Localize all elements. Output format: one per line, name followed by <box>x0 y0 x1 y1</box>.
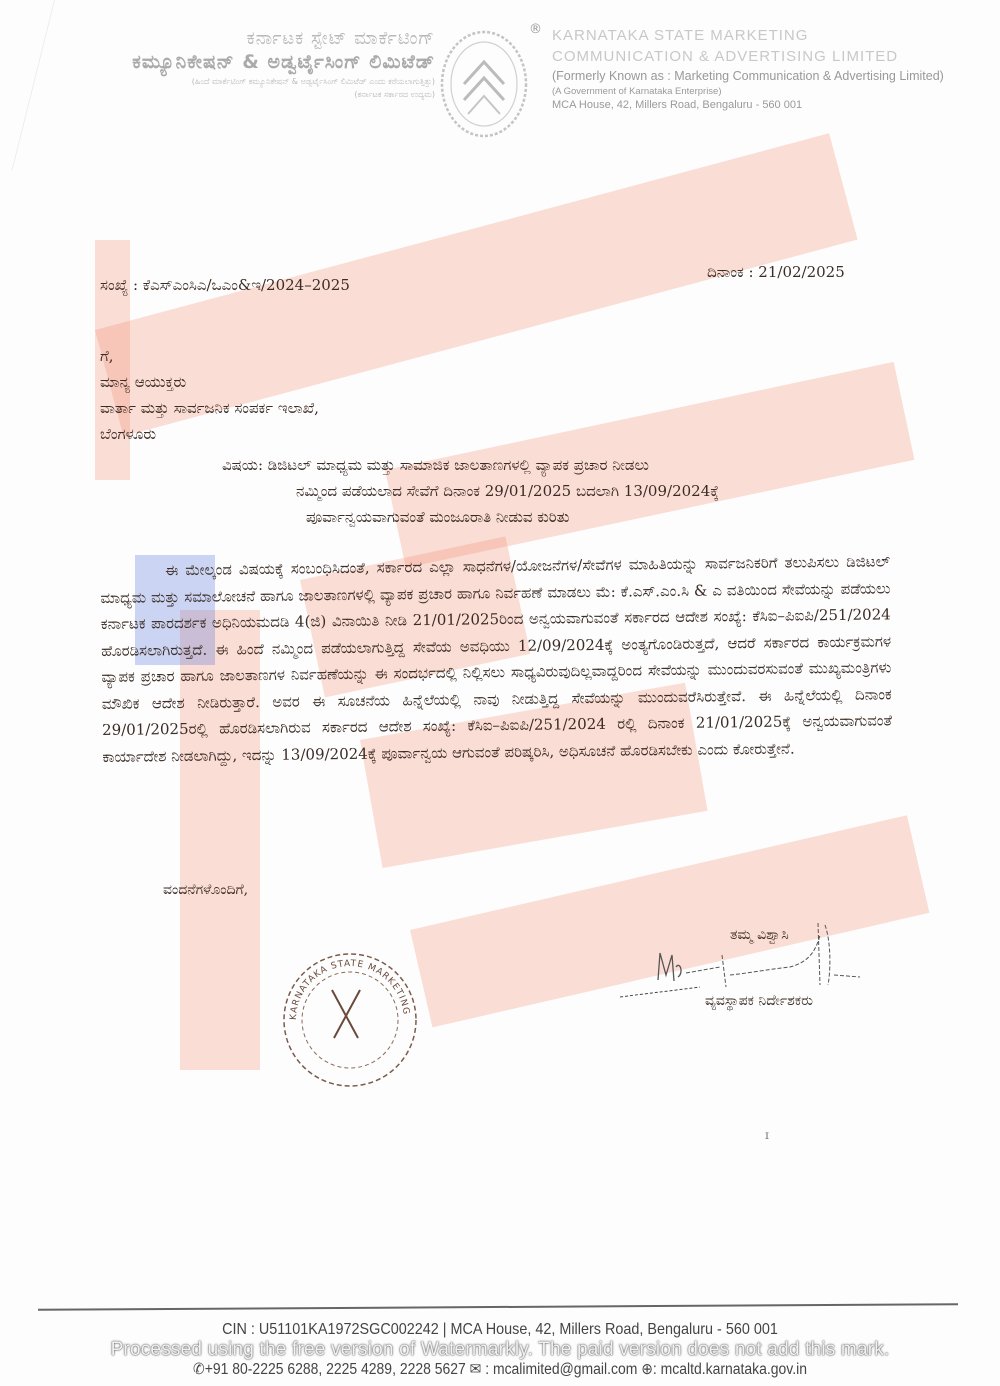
footer-cin-address: CIN : U51101KA1972SGC002242 | MCA House,… <box>50 1321 950 1339</box>
english-name-line2: COMMUNICATION & ADVERTISING LIMITED <box>552 48 944 65</box>
recipient-line: ವಾರ್ತಾ ಮತ್ತು ಸಾರ್ವಜನಿಕ ಸಂಪರ್ಕ ಇಲಾಖೆ, <box>100 395 319 421</box>
body-text: ಈ ಮೇಲ್ಕಂಡ ವಿಷಯಕ್ಕೆ ಸಂಬಂಧಿಸಿದಂತೆ, ಸರ್ಕಾರದ… <box>100 552 892 765</box>
letter-date: ದಿನಾಂಕ : 21/02/2025 <box>707 263 845 281</box>
signature-icon <box>620 915 870 1000</box>
letterhead-address: MCA House, 42, Millers Road, Bengaluru -… <box>552 99 944 111</box>
page-edge-shadow <box>0 0 55 170</box>
watermark-notice: Processed using the free version of Wate… <box>0 1339 1000 1361</box>
subject-line: ವಿಷಯ: ಡಿಜಿಟಲ್ ಮಾಧ್ಯಮ ಮತ್ತು ಸಾಮಾಜಿಕ ಜಾಲತಾ… <box>222 452 1000 478</box>
reference-number: ಸಂಖ್ಯೆ : ಕೆಎಸ್‌ಎಂಸಿಎ/ಒಎಂ&ಇ/2024–2025 <box>100 276 350 294</box>
footer-divider <box>38 1303 958 1311</box>
letterhead-kannada: ಕರ್ನಾಟಕ ಸ್ಟೇಟ್ ಮಾರ್ಕೆಟಿಂಗ್ ಕಮ್ಯೂನಿಕೇಷನ್ … <box>132 28 435 100</box>
letterhead-english: KARNATAKA STATE MARKETING COMMUNICATION … <box>552 27 944 111</box>
stray-mark: ɪ <box>765 1128 769 1142</box>
letter-body: ಈ ಮೇಲ್ಕಂಡ ವಿಷಯಕ್ಕೆ ಸಂಬಂಧಿಸಿದಂತೆ, ಸರ್ಕಾರದ… <box>100 548 893 770</box>
kannada-name-line1: ಕರ್ನಾಟಕ ಸ್ಟೇಟ್ ಮಾರ್ಕೆಟಿಂಗ್ <box>132 28 435 49</box>
kannada-name-line2: ಕಮ್ಯೂನಿಕೇಷನ್ & ಅಡ್ವರ್ಟೈಸಿಂಗ್ ಲಿಮಿಟೆಡ್ <box>132 51 435 73</box>
recipient-line: ಬೆಂಗಳೂರು <box>100 421 319 447</box>
company-logo-icon <box>440 28 528 140</box>
designation: ವ್ಯವಸ್ಥಾಪಕ ನಿರ್ದೇಶಕರು <box>705 993 813 1009</box>
kannada-formerly: (ಹಿಂದೆ ಮಾರ್ಕೆಟಿಂಗ್ ಕಮ್ಯೂನಿಕೇಷನ್ & ಅಡ್ವರ್… <box>132 77 435 87</box>
subject-block: ವಿಷಯ: ಡಿಜಿಟಲ್ ಮಾಧ್ಯಮ ಮತ್ತು ಸಾಮಾಜಿಕ ಜಾಲತಾ… <box>0 452 1000 530</box>
govt-enterprise: (A Government of Karnataka Enterprise) <box>552 86 944 97</box>
english-name-line1: KARNATAKA STATE MARKETING <box>552 27 944 44</box>
formerly-known-as: (Formerly Known as : Marketing Communica… <box>552 69 944 83</box>
registered-mark: ® <box>529 22 542 37</box>
company-seal-icon: KARNATAKA STATE MARKETING <box>280 950 420 1090</box>
recipient-line: ಗೆ, <box>100 343 319 369</box>
subject-line: ಪೂರ್ವಾನ್ವಯವಾಗುವಂತೆ ಮಂಜೂರಾತಿ ನೀಡುವ ಕುರಿತು <box>306 504 1000 530</box>
closing-salutation: ವಂದನೆಗಳೊಂದಿಗೆ, <box>163 882 248 898</box>
recipient-block: ಗೆ, ಮಾನ್ಯ ಆಯುಕ್ತರು ವಾರ್ತಾ ಮತ್ತು ಸಾರ್ವಜನಿ… <box>100 343 319 447</box>
footer-contact: ✆+91 80-2225 6288, 2225 4289, 2228 5627 … <box>50 1360 950 1379</box>
subject-line: ನಮ್ಮಿಂದ ಪಡೆಯಲಾದ ಸೇವೆಗೆ ದಿನಾಂಕ 29/01/2025… <box>296 478 1000 504</box>
recipient-line: ಮಾನ್ಯ ಆಯುಕ್ತರು <box>100 369 319 395</box>
kannada-govt: (ಕರ್ನಾಟಕ ಸರ್ಕಾರದ ಉದ್ಯಮ) <box>132 90 435 100</box>
svg-text:KARNATAKA STATE MARKETING: KARNATAKA STATE MARKETING <box>289 959 411 1020</box>
